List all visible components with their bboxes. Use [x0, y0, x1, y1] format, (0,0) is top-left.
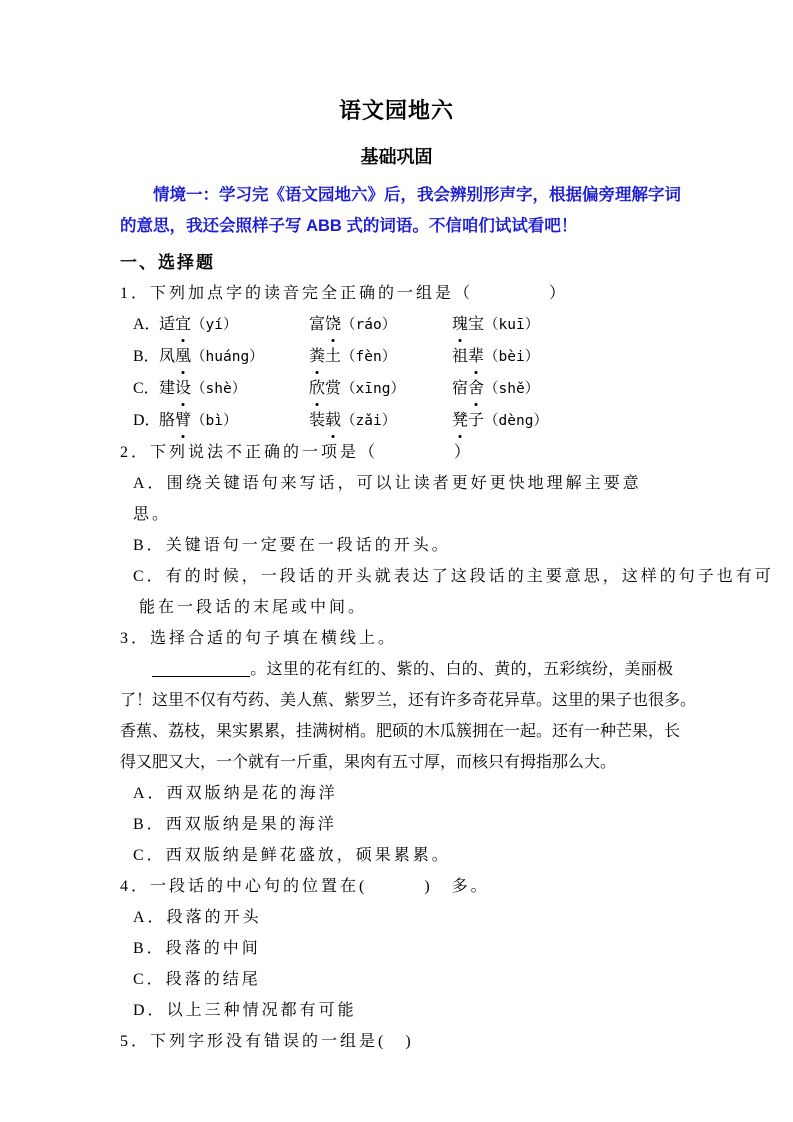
emphasized-char: 瑰 [452, 309, 468, 340]
question-5-number: 5． [120, 1033, 150, 1050]
word-item: 装载（zǎi） [309, 405, 452, 437]
q4-option-c: C．段落的结尾 [120, 964, 673, 995]
pinyin: （dèng） [484, 413, 548, 429]
option-letter: A． [133, 909, 167, 926]
emphasized-char: 宜 [175, 309, 191, 340]
emphasized-char: 辈 [468, 341, 484, 372]
pinyin: （huáng） [191, 349, 264, 365]
option-letter: C． [133, 568, 166, 585]
option-letter: C． [133, 971, 166, 988]
option-letter: A． [133, 309, 159, 341]
q3-option-c: C．西双版纳是鲜花盛放，硕果累累。 [120, 840, 673, 871]
pinyin: （ráo） [341, 317, 396, 333]
question-2-number: 2． [120, 444, 150, 461]
q2-option-a: A．围绕关键语句来写话，可以让读者更好更快地理解主要意思。 [120, 468, 673, 530]
question-4-number: 4． [120, 878, 150, 895]
section-heading: 一、选择题 [120, 247, 673, 278]
pinyin: （shě） [484, 381, 539, 397]
emphasized-char: 载 [325, 405, 341, 436]
q4-option-a: A．段落的开头 [120, 902, 673, 933]
emphasized-char: 臂 [175, 405, 191, 436]
scenario-note-line-1: 情境一：学习完《语文园地六》后，我会辨别形声字，根据偏旁理解字词 [120, 180, 673, 211]
question-1-stem: 1．下列加点字的读音完全正确的一组是（ ） [120, 278, 673, 309]
q4-option-b: B．段落的中间 [120, 933, 673, 964]
pinyin: （bèi） [484, 349, 539, 365]
option-letter: B． [133, 537, 166, 554]
q3-passage-line-1: 。这里的花有红的、紫的、白的、黄的，五彩缤纷，美丽极 [120, 654, 673, 685]
pinyin: （xīng） [341, 381, 405, 397]
question-1-number: 1． [120, 285, 150, 302]
worksheet-page: 语文园地六 基础巩固 情境一：学习完《语文园地六》后，我会辨别形声字，根据偏旁理… [0, 0, 793, 1122]
option-letter: B． [133, 940, 166, 957]
option-letter: B． [133, 816, 166, 833]
emphasized-char: 凳 [452, 405, 468, 436]
option-letter: C． [133, 847, 166, 864]
q3-passage-line-2: 了！这里不仅有芍药、美人蕉、紫罗兰，还有许多奇花异草。这里的果子也很多。 [120, 685, 673, 716]
scenario-note: 情境一：学习完《语文园地六》后，我会辨别形声字，根据偏旁理解字词 的意思，我还会… [120, 180, 673, 242]
word-item: 建设（shè） [159, 373, 309, 405]
emphasized-char: 粪 [309, 341, 325, 372]
word-item: 粪土（fèn） [309, 341, 452, 373]
q2-option-c-line-2: 能在一段话的末尾或中间。 [120, 592, 673, 623]
q1-option-row-a: A． 适宜（yí） 富饶（ráo） 瑰宝（kuī） [120, 309, 673, 341]
emphasized-char: 饶 [325, 309, 341, 340]
fill-in-blank-line [152, 659, 250, 677]
pinyin: （kuī） [484, 317, 539, 333]
word-item: 富饶（ráo） [309, 309, 452, 341]
q2-option-b: B．关键语句一定要在一段话的开头。 [120, 530, 673, 561]
question-3-stem: 3．选择合适的句子填在横线上。 [120, 623, 673, 654]
pinyin: （yí） [191, 317, 237, 333]
question-5-stem: 5．下列字形没有错误的一组是( ) [120, 1026, 673, 1057]
q1-option-row-c: C． 建设（shè） 欣赏（xīng） 宿舍（shě） [120, 373, 673, 405]
q2-option-c-line-1: C．有的时候，一段话的开头就表达了这段话的主要意思，这样的句子也有可 [120, 561, 673, 592]
word-item: 凳子（dèng） [452, 405, 548, 437]
q1-option-row-b: B． 凤凰（huáng） 粪土（fèn） 祖辈（bèi） [120, 341, 673, 373]
question-4-stem: 4．一段话的中心句的位置在( ) 多。 [120, 871, 673, 902]
pinyin: （fèn） [341, 349, 396, 365]
question-3-number: 3． [120, 630, 150, 647]
option-letter: A． [133, 785, 167, 802]
emphasized-char: 设 [175, 373, 191, 404]
word-item: 瑰宝（kuī） [452, 309, 539, 341]
word-item: 欣赏（xīng） [309, 373, 452, 405]
q3-passage-line-4: 得又肥又大，一个就有一斤重，果肉有五寸厚，而核只有拇指那么大。 [120, 747, 673, 778]
pinyin: （bì） [191, 413, 237, 429]
question-2-stem: 2．下列说法不正确的一项是（ ） [120, 437, 673, 468]
q3-option-a: A．西双版纳是花的海洋 [120, 778, 673, 809]
emphasized-char: 舍 [468, 373, 484, 404]
option-letter: C． [133, 373, 159, 405]
option-letter: B． [133, 341, 159, 373]
word-item: 凤凰（huáng） [159, 341, 309, 373]
word-item: 祖辈（bèi） [452, 341, 539, 373]
option-letter: A． [133, 475, 167, 492]
q3-option-b: B．西双版纳是果的海洋 [120, 809, 673, 840]
page-title: 语文园地六 [120, 97, 673, 124]
pinyin: （shè） [191, 381, 246, 397]
word-item: 宿舍（shě） [452, 373, 539, 405]
word-item: 胳臂（bì） [159, 405, 309, 437]
q1-option-row-d: D． 胳臂（bì） 装载（zǎi） 凳子（dèng） [120, 405, 673, 437]
section-subtitle: 基础巩固 [120, 146, 673, 168]
option-letter: D． [133, 1002, 167, 1019]
emphasized-char: 欣 [309, 373, 325, 404]
pinyin: （zǎi） [341, 413, 396, 429]
emphasized-char: 凰 [175, 341, 191, 372]
q3-passage-line-3: 香蕉、荔枝，果实累累，挂满树梢。肥硕的木瓜簇拥在一起。还有一种芒果，长 [120, 716, 673, 747]
scenario-note-line-2: 的意思，我还会照样子写 ABB 式的词语。不信咱们试试看吧！ [120, 211, 673, 242]
word-item: 适宜（yí） [159, 309, 309, 341]
q4-option-d: D．以上三种情况都有可能 [120, 995, 673, 1026]
option-letter: D． [133, 405, 159, 437]
